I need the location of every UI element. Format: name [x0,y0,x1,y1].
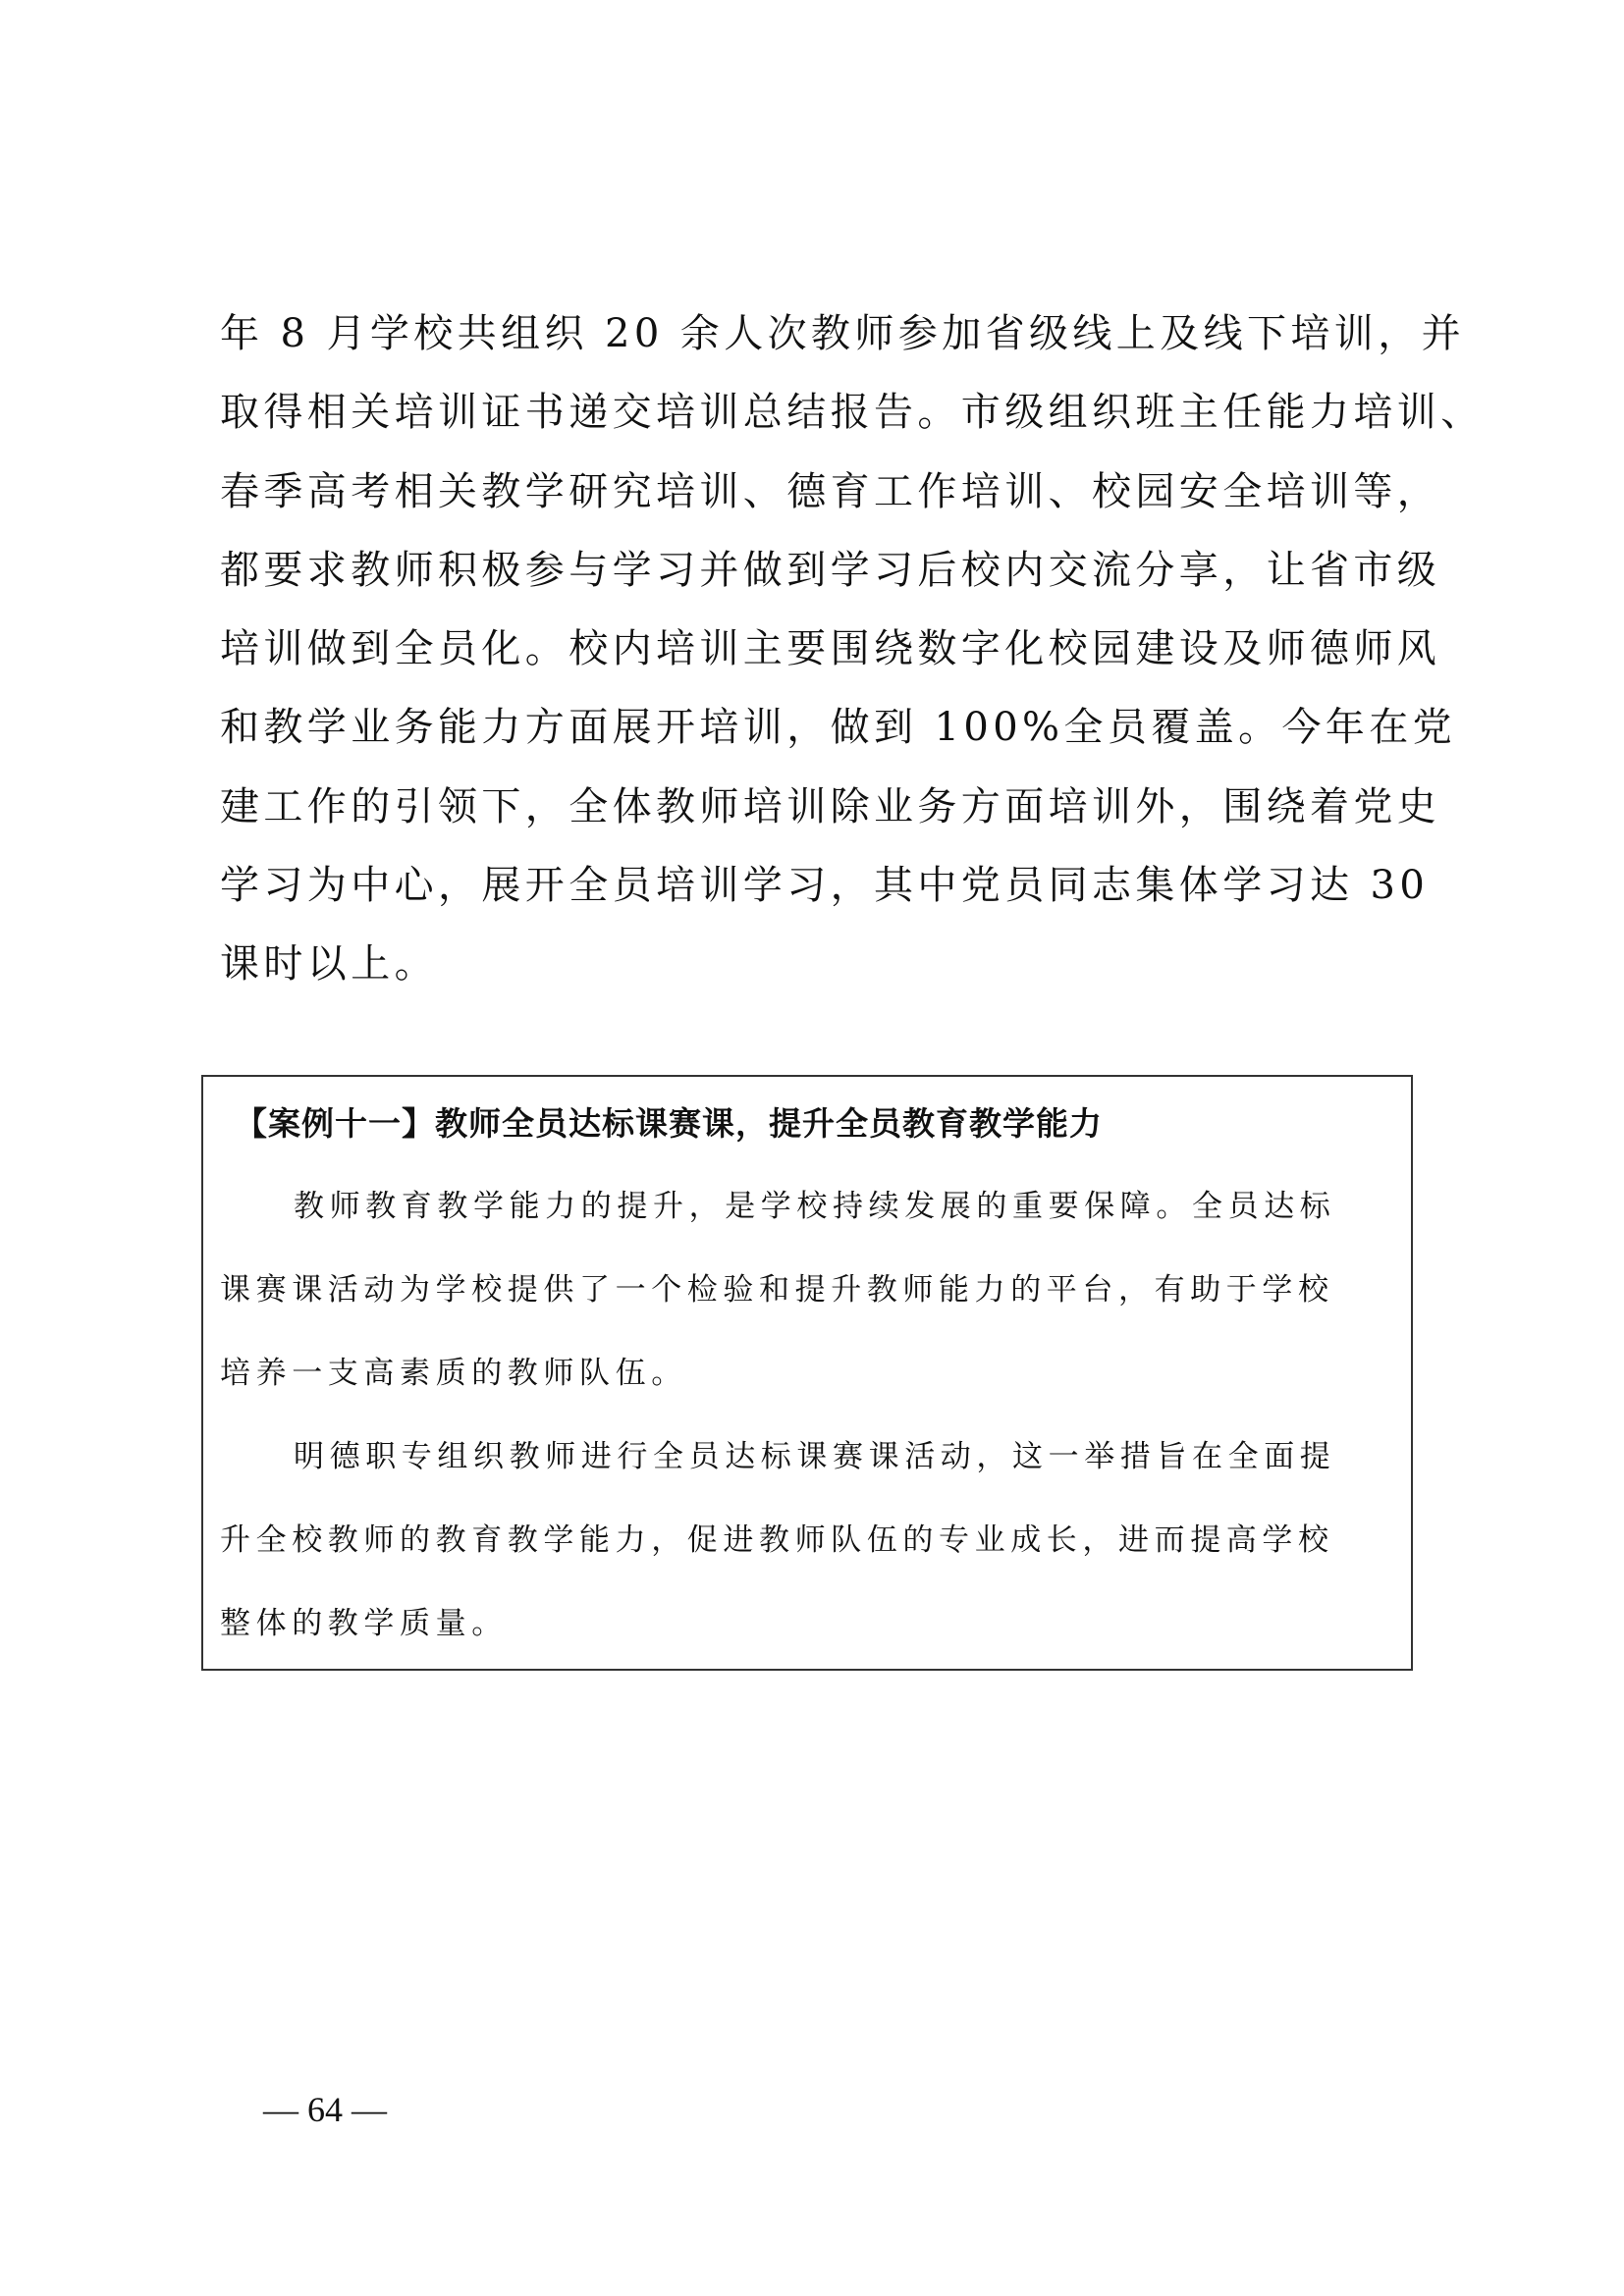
body-line: 春季高考相关教学研究培训、德育工作培训、校园安全培训等， [220,470,1428,549]
case-line: 整体的教学质量。 [220,1606,1398,1689]
case-line: 明德职专组织教师进行全员达标课赛课活动，这一举措旨在全面提 [220,1439,1398,1522]
case-body: 教师教育教学能力的提升，是学校持续发展的重要保障。全员达标 课赛课活动为学校提供… [220,1189,1398,1689]
body-line: 年 8 月学校共组织 20 余人次教师参加省级线上及线下培训，并 [220,312,1428,391]
body-line: 培训做到全员化。校内培训主要围绕数字化校园建设及师德师风 [220,627,1428,706]
case-title: 【案例十一】教师全员达标课赛课，提升全员教育教学能力 [235,1098,1103,1145]
case-line: 培养一支高素质的教师队伍。 [220,1356,1398,1439]
body-line: 和教学业务能力方面展开培训，做到 100%全员覆盖。今年在党 [220,706,1428,784]
body-line: 建工作的引领下，全体教师培训除业务方面培训外，围绕着党史 [220,785,1428,864]
case-line: 教师教育教学能力的提升，是学校持续发展的重要保障。全员达标 [220,1189,1398,1272]
case-box: 【案例十一】教师全员达标课赛课，提升全员教育教学能力 教师教育教学能力的提升，是… [201,1075,1413,1671]
body-line: 都要求教师积极参与学习并做到学习后校内交流分享，让省市级 [220,549,1428,627]
page-number: — 64 — [263,2089,387,2130]
case-line: 课赛课活动为学校提供了一个检验和提升教师能力的平台，有助于学校 [220,1272,1398,1356]
body-text: 年 8 月学校共组织 20 余人次教师参加省级线上及线下培训，并 取得相关培训证… [220,312,1428,1022]
body-line: 取得相关培训证书递交培训总结报告。市级组织班主任能力培训、 [220,391,1428,469]
body-line: 学习为中心，展开全员培训学习，其中党员同志集体学习达 30 [220,864,1428,942]
case-line: 升全校教师的教育教学能力，促进教师队伍的专业成长，进而提高学校 [220,1522,1398,1606]
body-line: 课时以上。 [220,942,1428,1021]
